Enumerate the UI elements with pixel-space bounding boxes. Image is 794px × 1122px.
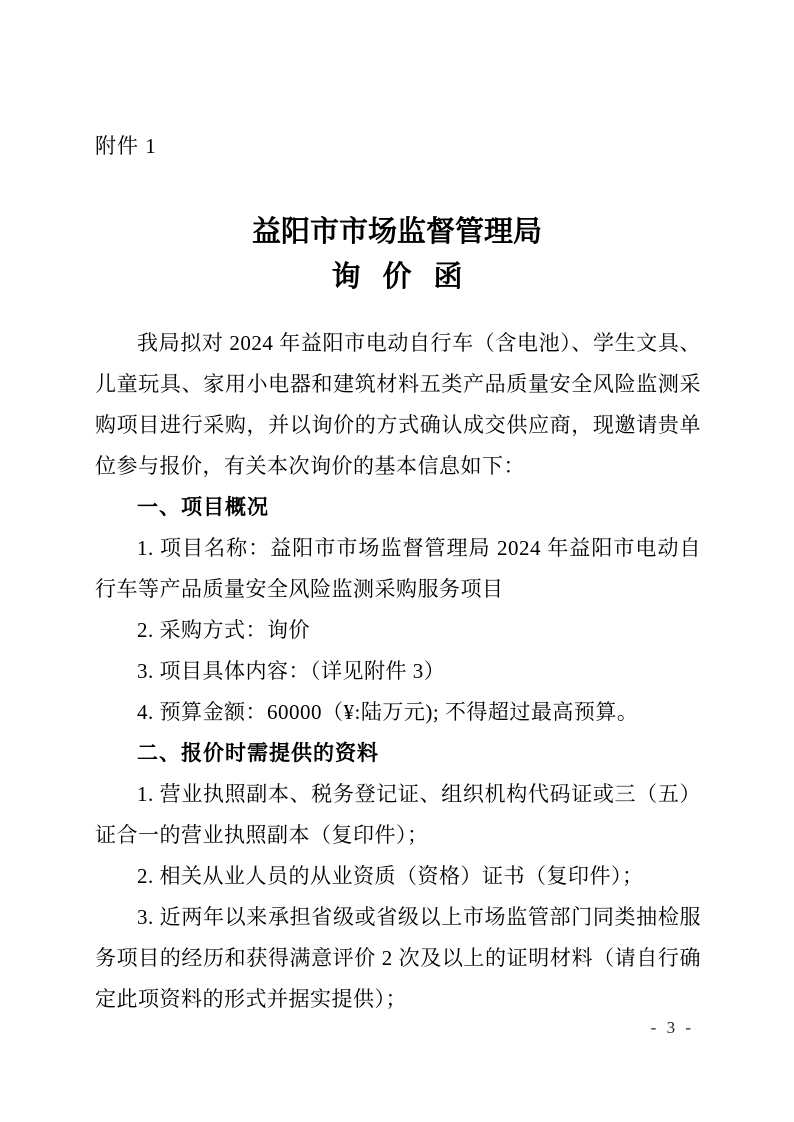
section-2-item-qualification-certificates: 2. 相关从业人员的从业资质（资格）证书（复印件）； bbox=[95, 856, 701, 897]
section-1-heading: 一、项目概况 bbox=[95, 487, 701, 528]
document-body: 我局拟对 2024 年益阳市电动自行车（含电池）、学生文具、儿童玩具、家用小电器… bbox=[95, 323, 701, 1020]
section-1-item-budget: 4. 预算金额：60000（¥:陆万元); 不得超过最高预算。 bbox=[95, 692, 701, 733]
document-title: 益阳市市场监督管理局 询 价 函 bbox=[0, 210, 794, 300]
section-1-item-project-name: 1. 项目名称：益阳市市场监督管理局 2024 年益阳市电动自行车等产品质量安全… bbox=[95, 528, 701, 610]
title-doc-type: 询 价 函 bbox=[0, 255, 794, 300]
section-2-heading: 二、报价时需提供的资料 bbox=[95, 733, 701, 774]
section-2-item-business-license: 1. 营业执照副本、税务登记证、组织机构代码证或三（五）证合一的营业执照副本（复… bbox=[95, 774, 701, 856]
section-2-item-experience-proof: 3. 近两年以来承担省级或省级以上市场监管部门同类抽检服务项目的经历和获得满意评… bbox=[95, 897, 701, 1020]
section-1-item-procurement-method: 2. 采购方式：询价 bbox=[95, 610, 701, 651]
document-page: 附件 1 益阳市市场监督管理局 询 价 函 我局拟对 2024 年益阳市电动自行… bbox=[0, 0, 794, 1122]
page-number: - 3 - bbox=[651, 1018, 694, 1038]
section-1-item-project-content: 3. 项目具体内容：（详见附件 3） bbox=[95, 651, 701, 692]
intro-paragraph: 我局拟对 2024 年益阳市电动自行车（含电池）、学生文具、儿童玩具、家用小电器… bbox=[95, 323, 701, 487]
attachment-label: 附件 1 bbox=[95, 130, 157, 160]
title-org-name: 益阳市市场监督管理局 bbox=[0, 210, 794, 255]
